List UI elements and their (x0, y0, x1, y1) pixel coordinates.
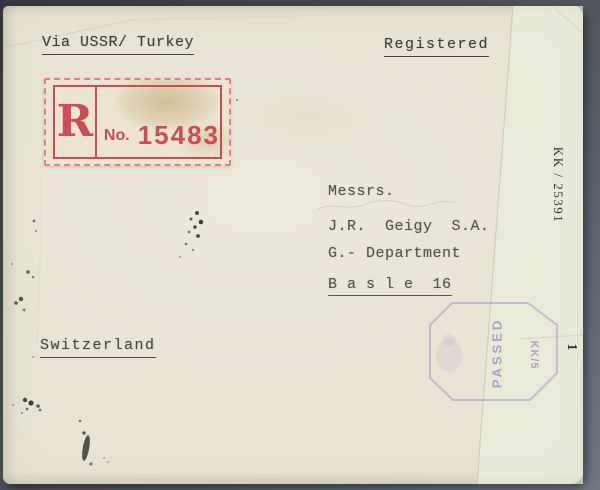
registration-number-prefix: No. (104, 128, 130, 144)
censor-stamp-code-text: KK/5 (528, 340, 540, 369)
country-note: Switzerland (40, 337, 156, 358)
registration-label: R No. 15483 (44, 78, 231, 166)
censor-tape-code: KK / 25391 (550, 147, 566, 223)
registered-note: Registered (384, 36, 489, 57)
registration-label-frame: R No. 15483 (53, 85, 222, 159)
registration-number-value: 15483 (138, 124, 220, 146)
censor-stamp-passed-text: PASSED (490, 318, 505, 389)
registration-letter: R (55, 87, 97, 157)
address-line-city: B a s l e 16 (328, 276, 452, 296)
envelope: Via USSR/ Turkey Registered R No. 15483 … (3, 6, 583, 484)
address-line-department: G.- Department (328, 245, 461, 262)
routing-note: Via USSR/ Turkey (42, 34, 194, 55)
crown-emblem (436, 334, 462, 372)
registration-number: No. 15483 (97, 87, 220, 157)
address-line-company: J.R. Geigy S.A. (328, 218, 490, 235)
censor-tape (477, 6, 583, 484)
photo-background: Via USSR/ Turkey Registered R No. 15483 … (0, 0, 600, 490)
address-line-recipient: Messrs. (328, 183, 395, 200)
censor-edge-number: 1 (563, 344, 579, 351)
